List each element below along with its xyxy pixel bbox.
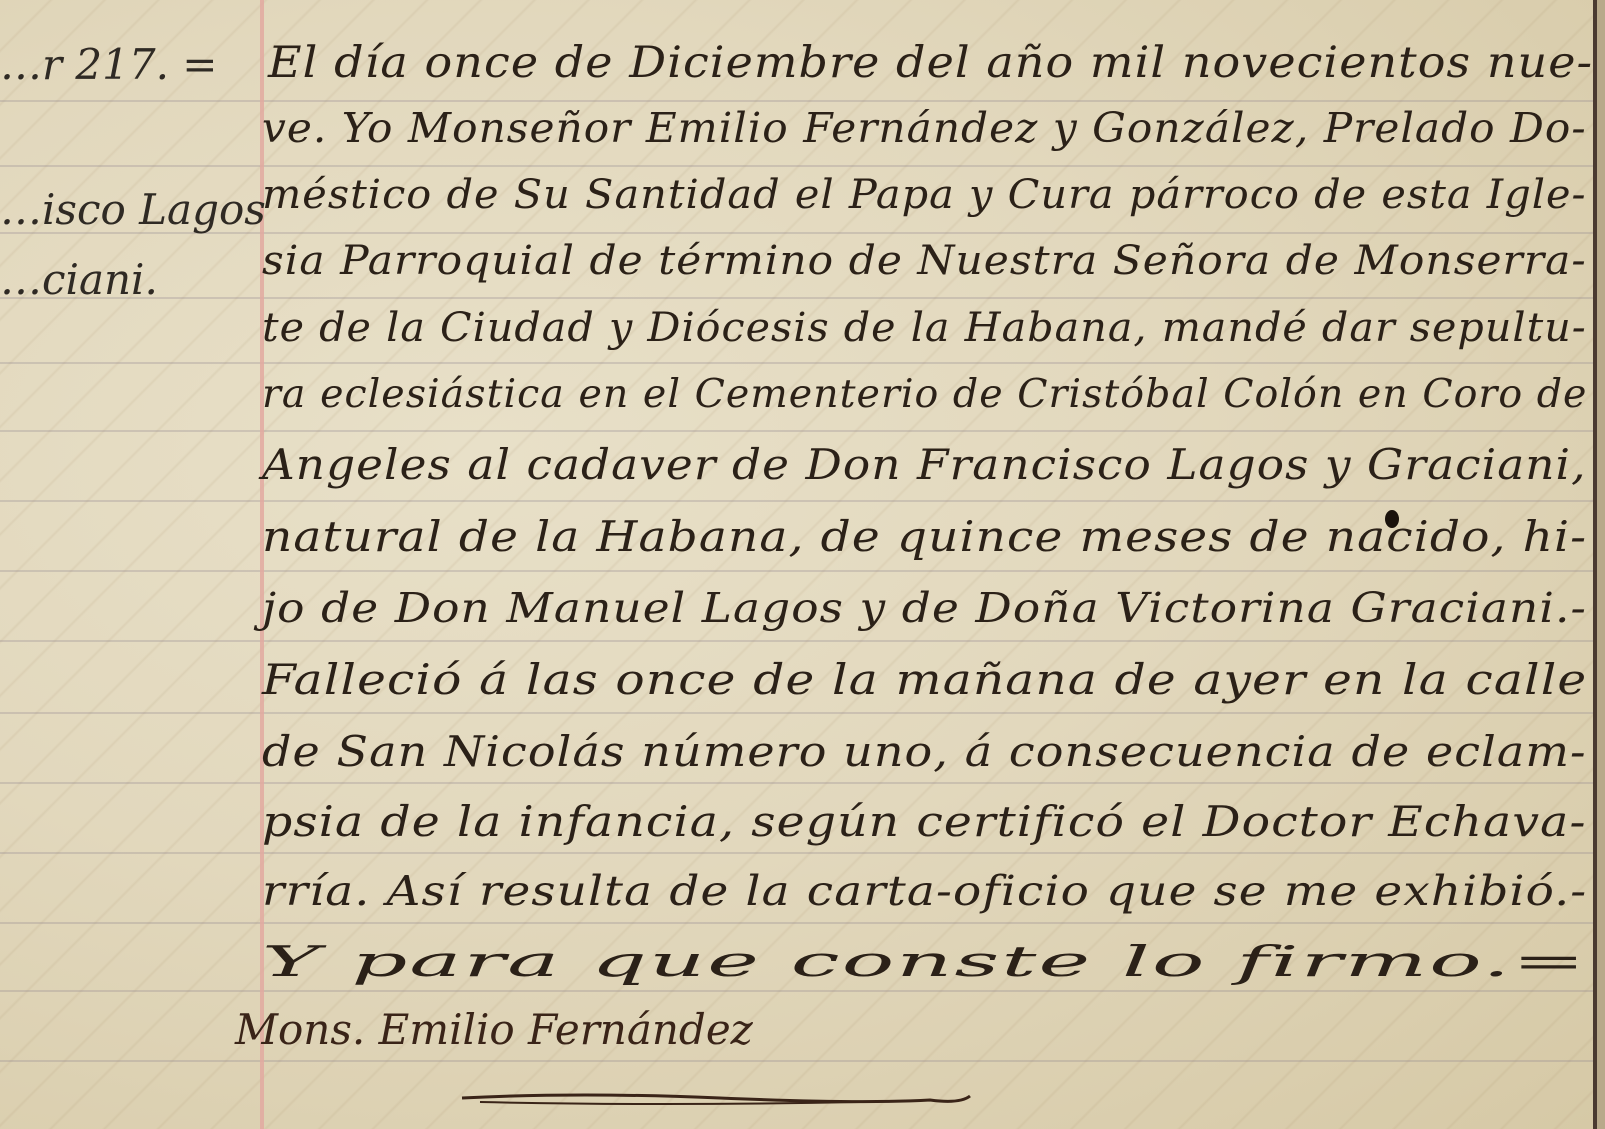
body-line-10: Falleció á las once de la mañana de ayer…	[262, 655, 1587, 704]
ruled-line	[0, 430, 1595, 432]
body-line-9: jo de Don Manuel Lagos y de Doña Victori…	[262, 584, 1587, 632]
ruled-line	[0, 362, 1595, 364]
page-edge-outer	[1597, 0, 1605, 1129]
margin-name-line-1: …isco Lagos	[0, 185, 266, 234]
ledger-page: …r 217. = …isco Lagos …ciani. El día onc…	[0, 0, 1595, 1129]
body-line-14: Y para que conste lo firmo.=	[262, 937, 1587, 986]
ruled-line	[0, 1060, 1595, 1062]
paper-hole	[1385, 510, 1399, 528]
margin-name-line-2: …ciani.	[0, 255, 158, 304]
ruled-line	[0, 990, 1595, 992]
body-line-7: Angeles al cadaver de Don Francisco Lago…	[262, 440, 1587, 489]
ruled-line	[0, 570, 1595, 572]
body-line-2: ve. Yo Monseñor Emilio Fernández y Gonzá…	[262, 104, 1587, 152]
ruled-line	[0, 640, 1595, 642]
margin-entry-number: …r 217. =	[0, 40, 218, 89]
ruled-line	[0, 782, 1595, 784]
ruled-line	[0, 922, 1595, 924]
ruled-line	[0, 165, 1595, 167]
signature: Mons. Emilio Fernández	[235, 1005, 753, 1054]
body-line-1: El día once de Diciembre del año mil nov…	[268, 38, 1593, 88]
ruled-line	[0, 100, 1595, 102]
body-line-3: méstico de Su Santidad el Papa y Cura pá…	[262, 172, 1587, 218]
ruled-line	[0, 500, 1595, 502]
body-line-12: psia de la infancia, según certificó el …	[262, 797, 1587, 846]
body-line-5: te de la Ciudad y Diócesis de la Habana,…	[262, 305, 1587, 351]
body-line-11: de San Nicolás número uno, á consecuenci…	[262, 727, 1587, 776]
body-line-6: ra eclesiástica en el Cementerio de Cris…	[262, 372, 1587, 417]
body-line-13: rría. Así resulta de la carta-oficio que…	[262, 867, 1587, 915]
signature-flourish	[460, 1090, 980, 1110]
ruled-line	[0, 297, 1595, 299]
ruled-line	[0, 852, 1595, 854]
ruled-line	[0, 712, 1595, 714]
body-line-4: sia Parroquial de término de Nuestra Señ…	[262, 238, 1587, 284]
